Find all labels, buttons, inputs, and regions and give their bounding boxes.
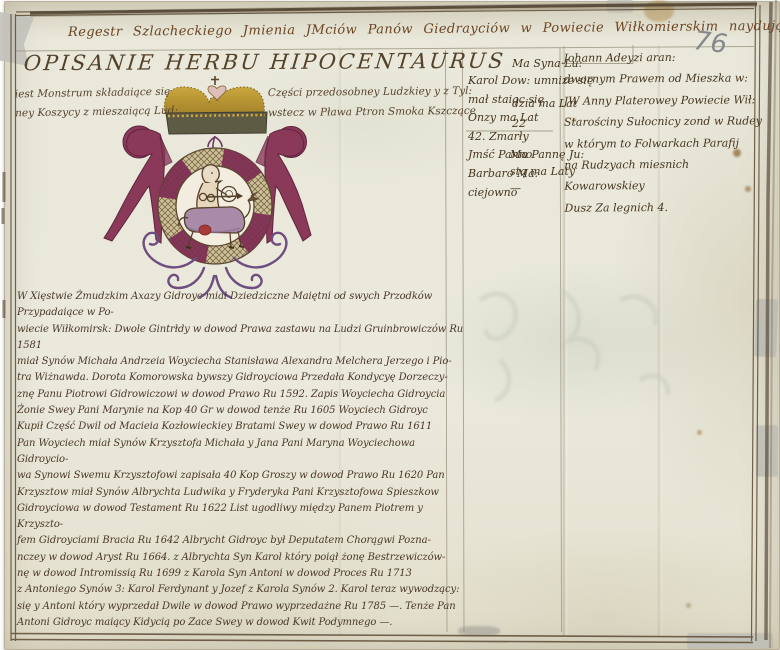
- manuscript-page: Regestr Szlacheckiego Jmienia JMciów Pan…: [0, 0, 780, 650]
- genealogy-main-text: W Xięstwie Żmudzkim Axazy Gidroyc miał D…: [17, 289, 465, 631]
- blazon-text-left: iest Monstrum składaiące się ney Koszycy…: [15, 83, 178, 124]
- bleed-through-ghosts: [480, 290, 668, 400]
- crown-icon: [164, 76, 267, 134]
- page-title: OPISANIE HERBU HIPOCENTAURUS: [23, 49, 507, 76]
- register-entry-col3: Johann Adeyzi aran: dwornym Prawem od Mi…: [563, 46, 764, 219]
- blazon-text-right: Części przedosobney Ludzkiey y z Tyl: ws…: [268, 81, 476, 123]
